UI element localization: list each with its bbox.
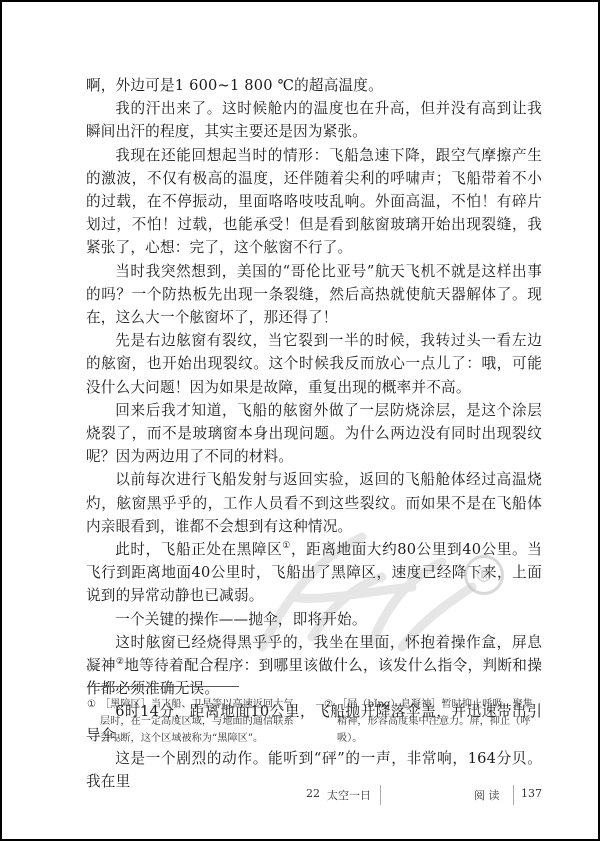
paragraph-10-after: 地等待着配合程序：到哪里该做什么，该发什么指令，判断和操作都必须准确无误。 [86,657,542,697]
paragraph-2: 我的汗出来了。这时候舱内的温度也在升高，但并没有高到让我瞬间出汗的程度，其实主要… [86,97,542,143]
paragraph-4: 当时我突然想到，美国的“哥伦比亚号”航天飞机不就是这样出事的吗？一个防热板先出现… [86,260,542,330]
footnote-2: ② ［屏（bǐng）息凝神］暂时抑止呼吸，聚集精神，形容高度集中注意力。屏，抑止… [324,696,542,747]
lesson-number: 22 [306,787,320,800]
lesson-title: 太空一日 [327,787,371,803]
footnote-1: ① ［黑障区］当飞船、卫星等以高速返回大气层时，在一定高度区域，与地面的通信联系… [87,696,297,747]
footnote-1-text: ［黑障区］当飞船、卫星等以高速返回大气层时，在一定高度区域，与地面的通信联系会中… [87,696,297,747]
book-page: 啊，外边可是1 600~1 800 ℃的超高温度。 我的汗出来了。这时候舱内的温… [0,0,600,841]
registered-trademark-icon: ® [464,555,504,595]
footnote-divider [87,686,239,687]
footnote-ref-2[interactable]: ② [116,657,124,667]
paragraph-9: 一个关键的操作——抛伞，即将开始。 [86,608,542,631]
paragraph-7: 以前每次进行飞船发射与返回实验，返回的飞船舱体经过高温烧灼，舷窗黑乎乎的，工作人… [86,468,542,538]
footnote-2-text: ［屏（bǐng）息凝神］暂时抑止呼吸，聚集精神，形容高度集中注意力。屏，抑止（呼… [324,696,542,747]
footnote-1-number: ① [87,696,96,713]
footnote-2-number: ② [324,696,333,713]
paragraph-5: 先是右边舷窗有裂纹，当它裂到一半的时候，我转过头一看左边的舷窗，也开始出现裂纹。… [86,329,542,399]
section-label: 阅 读 [474,787,500,803]
page-footer: 22 太空一日 阅 读 137 [2,785,600,805]
paragraph-1: 啊，外边可是1 600~1 800 ℃的超高温度。 [86,74,542,97]
paragraph-8-before: 此时，飞船正处在黑障区 [115,541,282,558]
paragraph-6: 回来后我才知道，飞船的舷窗外做了一层防烧涂层，是这个涂层烧裂了，而不是玻璃窗本身… [86,399,542,469]
footer-separator-2 [513,785,514,805]
paragraph-10: 这时舷窗已经烧得黑乎乎的，我坐在里面，怀抱着操作盒，屏息凝神②地等待着配合程序：… [86,631,542,701]
footer-separator-1 [380,785,381,805]
paragraph-3: 我现在还能回想起当时的情形：飞船急速下降，跟空气摩擦产生的激波，不仅有极高的温度… [86,144,542,260]
footnote-ref-1[interactable]: ① [282,541,291,551]
page-number: 137 [521,787,542,800]
